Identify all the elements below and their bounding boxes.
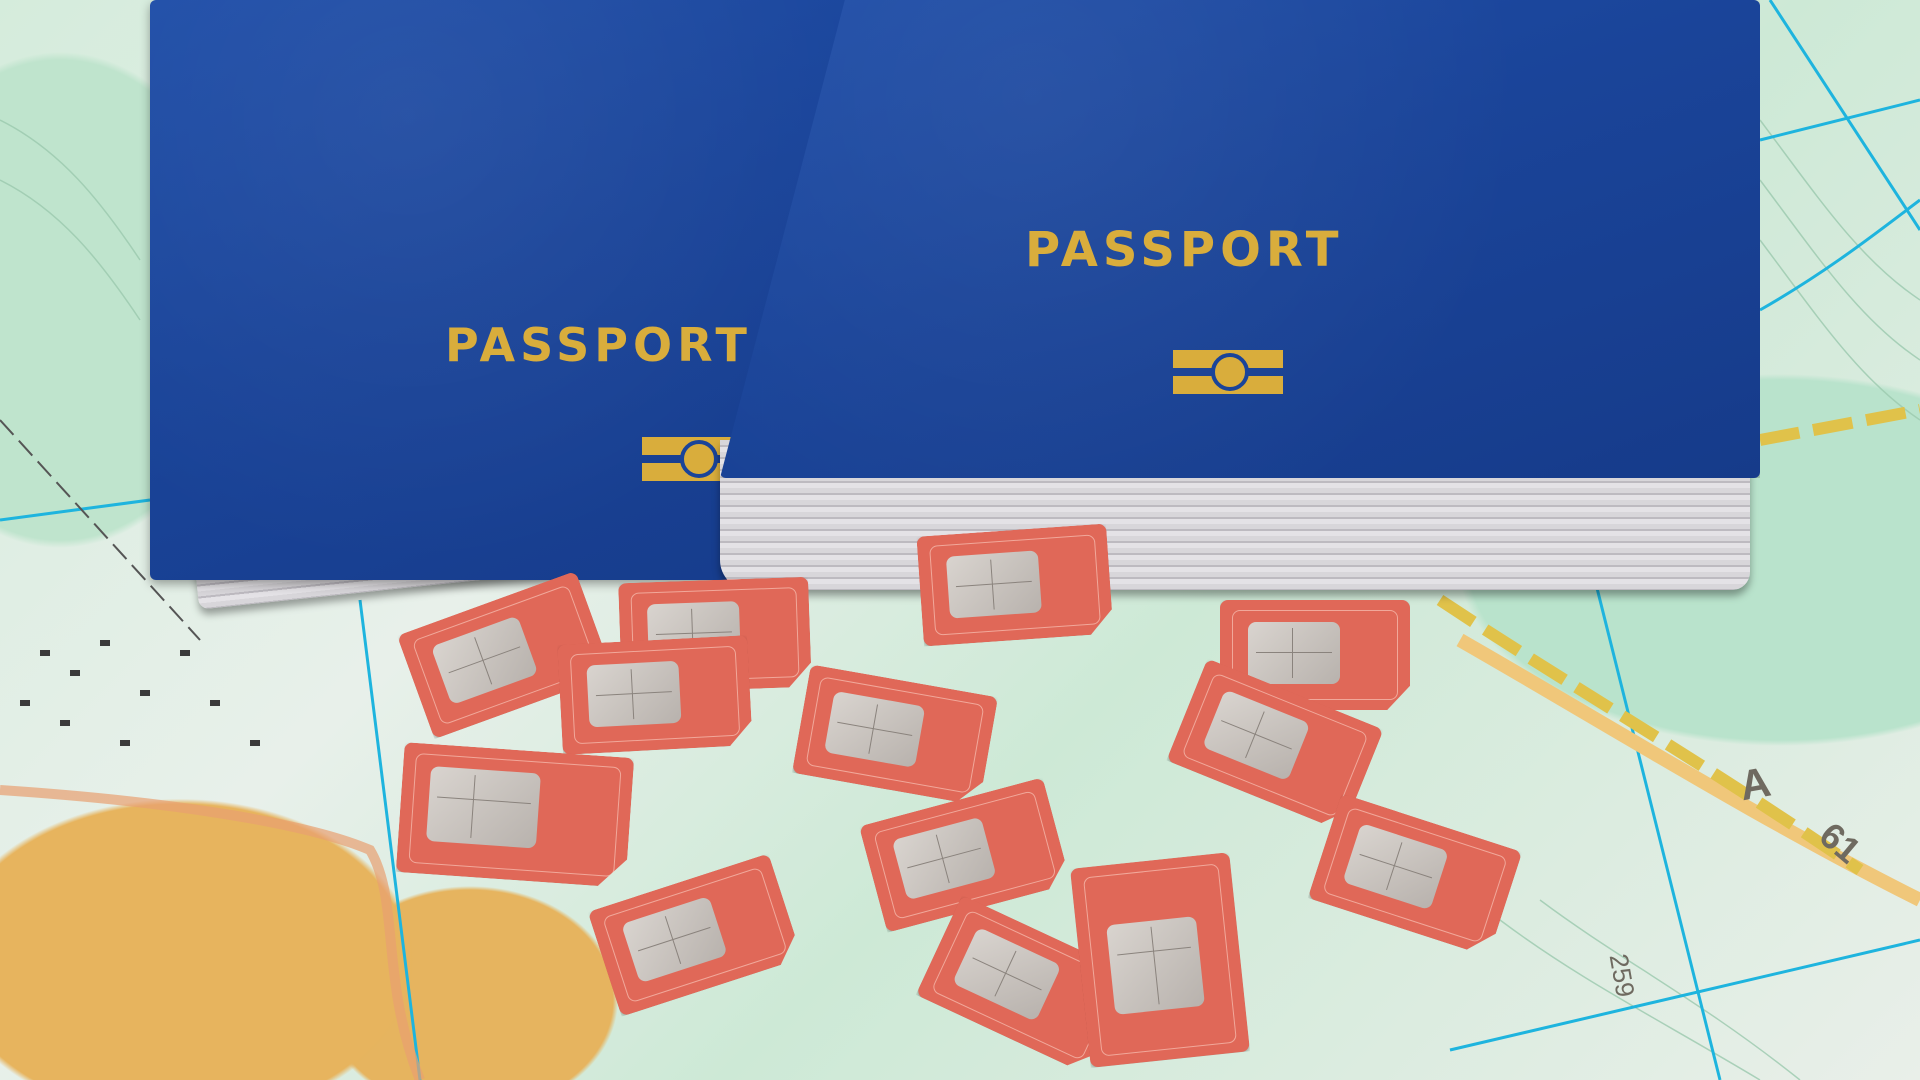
- photo-scene: A 61 259 PASSPORT PASSPORT: [0, 0, 1920, 1080]
- passport-title: PASSPORT: [445, 318, 752, 372]
- biometric-chip-icon: [1173, 350, 1283, 394]
- sim-card: [396, 742, 635, 888]
- sim-card: [1070, 852, 1250, 1068]
- sim-card: [916, 524, 1113, 647]
- sim-card: [557, 635, 752, 755]
- passport-title: PASSPORT: [1025, 222, 1343, 278]
